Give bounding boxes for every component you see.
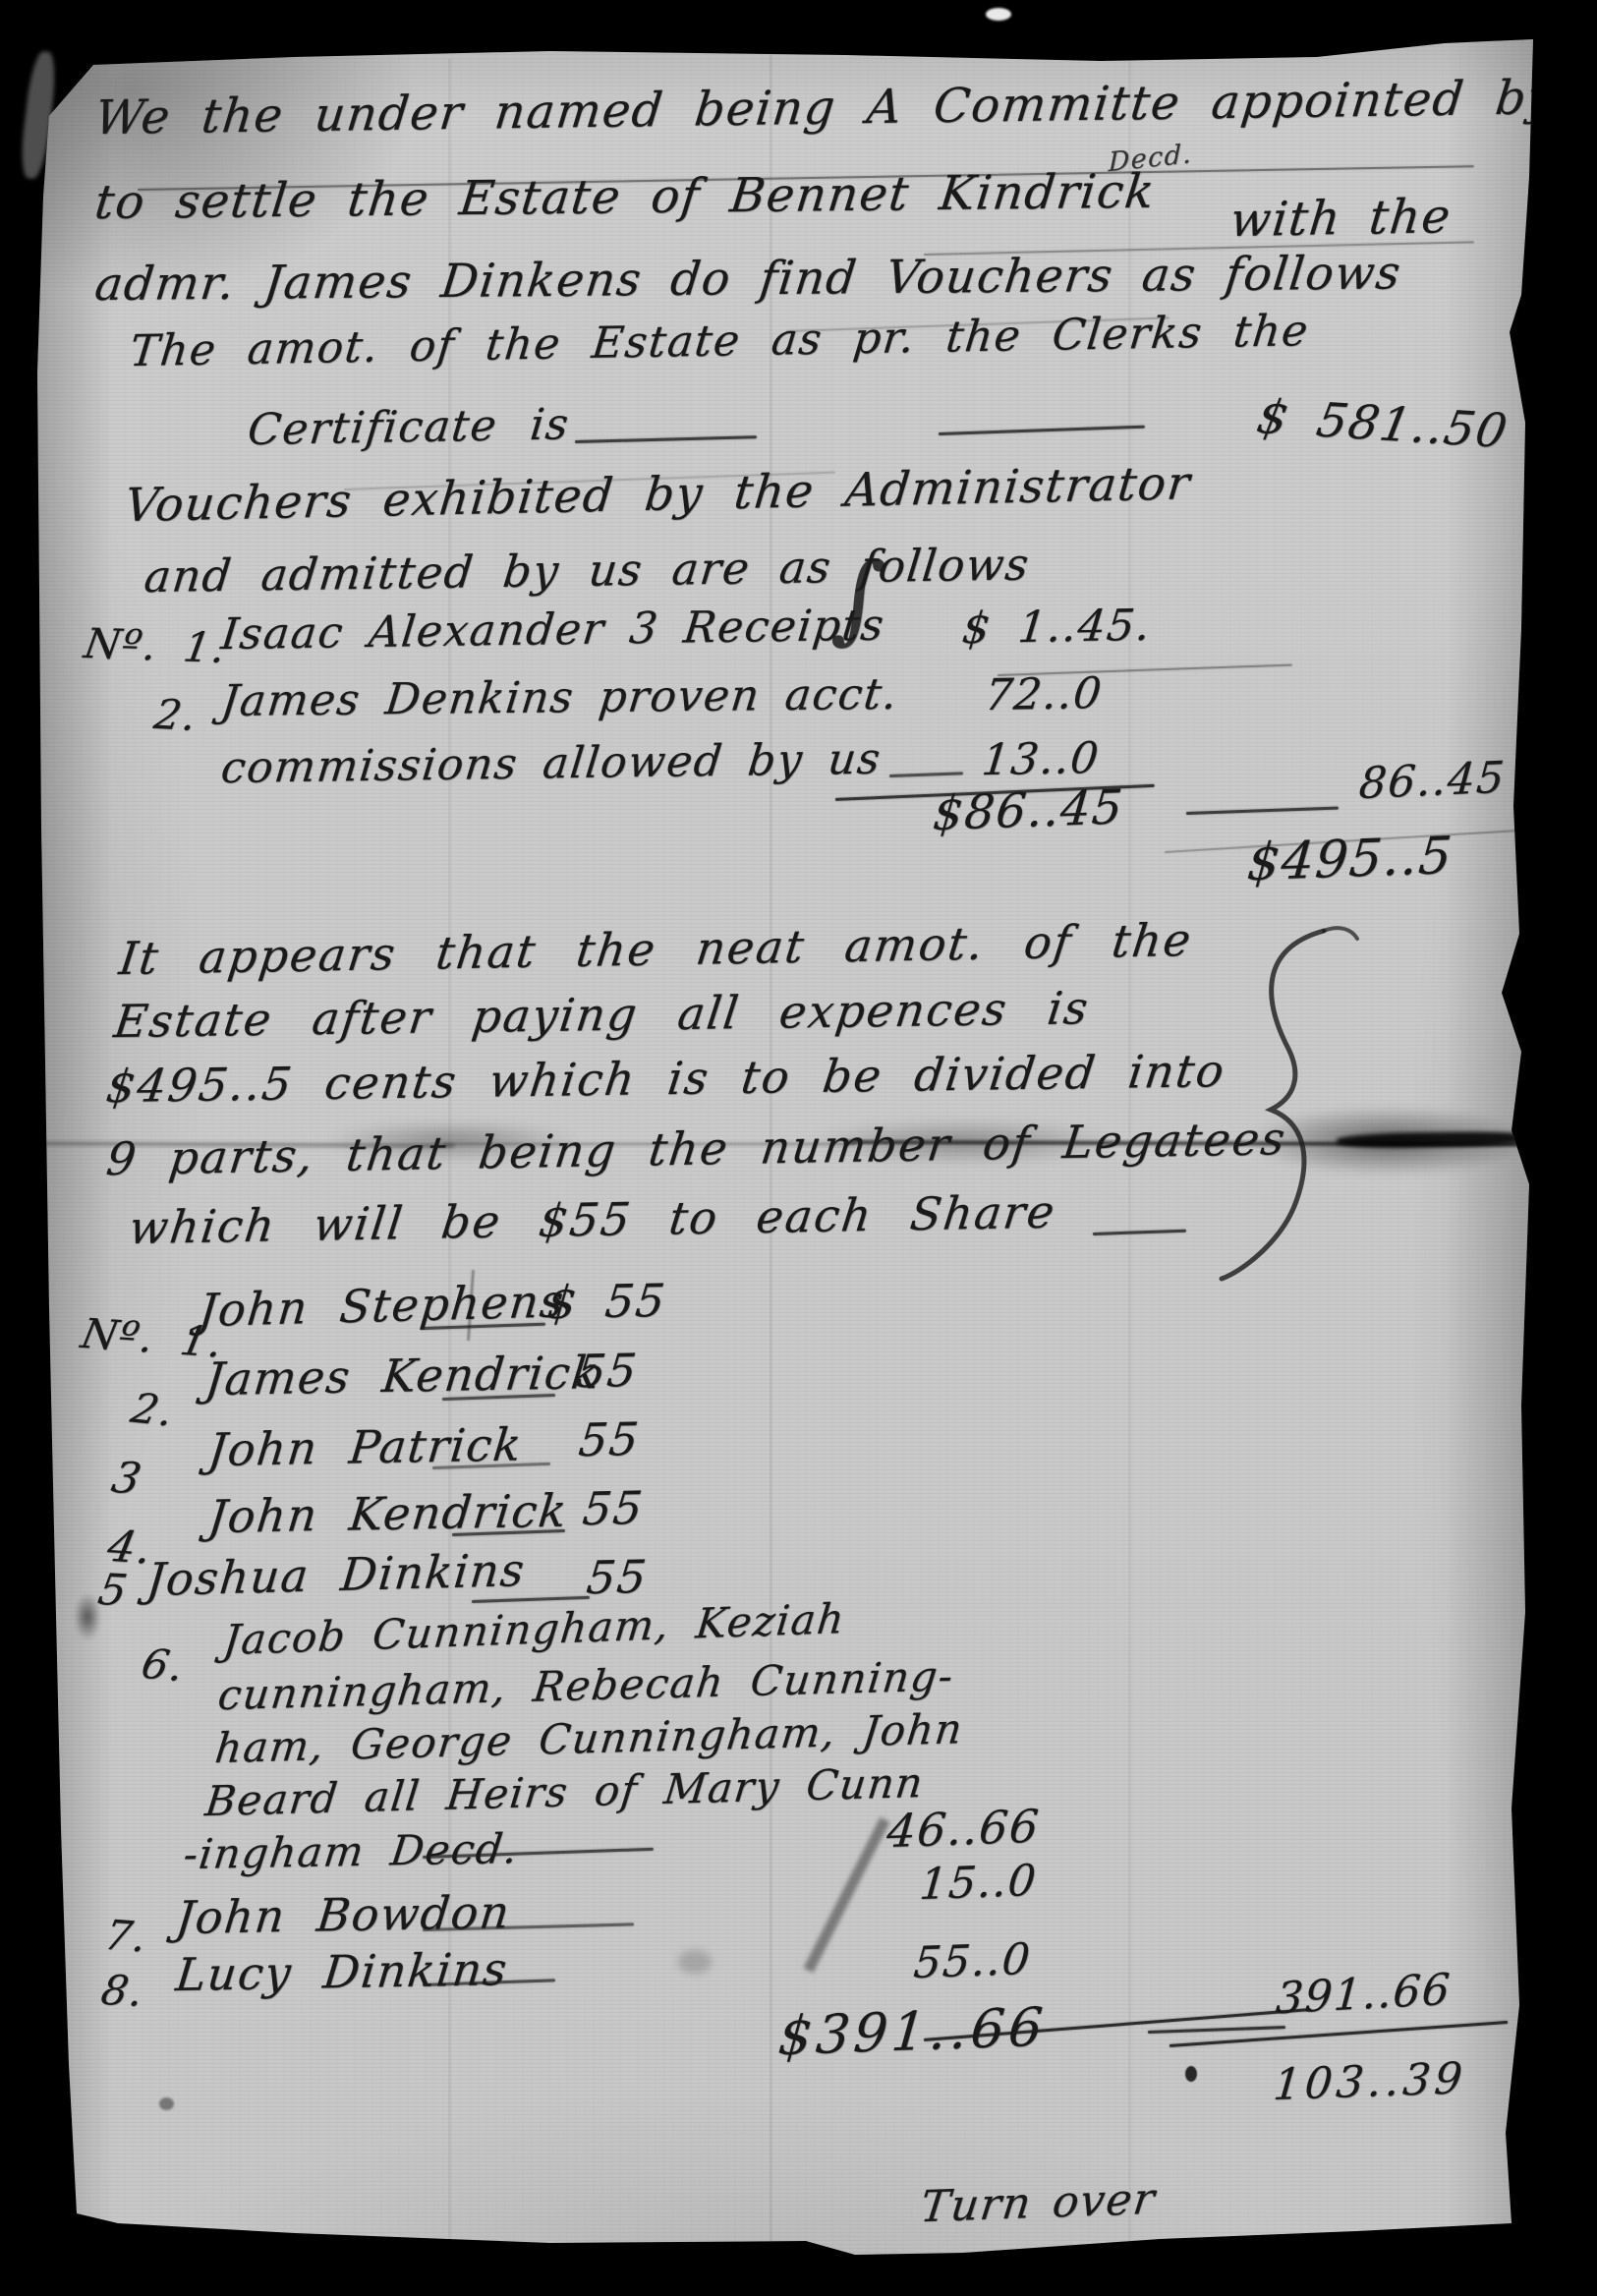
intro-line-2-end: with the [1227, 189, 1454, 248]
legatee-value: 55 [576, 1412, 642, 1466]
margin-total: 391..66 [1274, 1965, 1453, 2025]
legatee-no: 7. [101, 1911, 152, 1961]
legatee-value: 46..66 [884, 1800, 1042, 1859]
dash-line [1148, 2026, 1285, 2034]
legatee-value: 55 [574, 1344, 640, 1398]
dash-line [939, 426, 1145, 435]
dash-line [1093, 1230, 1186, 1235]
dash-line [889, 772, 963, 777]
vouchers-heading-1: Vouchers exhibited by the Administrator [122, 456, 1193, 533]
legatee-value: $ 55 [544, 1274, 668, 1329]
estate-line-2: Certificate is [246, 399, 572, 455]
legatee-no: 2. [127, 1384, 180, 1436]
vouchers-heading-2: and admitted by us are as follows [142, 538, 1032, 603]
intro-line-3: admr. James Dinkens do find Vouchers as … [92, 246, 1404, 312]
scanned-document: We the under named being A Committe appo… [0, 0, 1597, 2296]
legatee-name: John Stephens [197, 1274, 567, 1337]
turn-over-note: Turn over [918, 2174, 1159, 2233]
division-line-1: It appears that the neat amot. of the [116, 913, 1195, 985]
dash-line [575, 435, 757, 443]
division-line-4: 9 parts, that being the number of Legate… [103, 1112, 1289, 1185]
division-line-5: which will be $55 to each Share [126, 1185, 1058, 1255]
vouchers-margin-total: 86..45 [1357, 753, 1508, 810]
intro-line-1: We the under named being A Committe appo… [92, 68, 1597, 145]
legatee-value: 55 [580, 1481, 646, 1535]
left-edge-shadow [35, 39, 114, 2241]
paper-sheet: We the under named being A Committe appo… [0, 0, 1597, 2296]
division-line-3: $495..5 cents which is to be divided int… [103, 1044, 1228, 1113]
legatee6-line1: Jacob Cunningham, Keziah [221, 1594, 848, 1664]
dash-line [1186, 807, 1339, 815]
brace-mark [1214, 919, 1371, 1302]
legatee-value: 55 [584, 1550, 650, 1604]
voucher-item-value: 72..0 [983, 668, 1106, 720]
voucher-item-desc: James Denkins proven acct. [218, 669, 900, 726]
smudge [678, 1950, 712, 1974]
legatee-name: John Kendrick [205, 1484, 570, 1543]
voucher-item-value: 13..0 [980, 733, 1103, 785]
legatee-name: John Bowdon [173, 1885, 513, 1944]
voucher-item-desc: commissions allowed by us [218, 734, 884, 793]
legatee-name: Lucy Dinkins [173, 1942, 510, 2001]
legatee-no: 6. [138, 1639, 190, 1691]
estate-line-1: The amot. of the Estate as pr. the Clerk… [128, 306, 1312, 376]
legatee-no: 8. [97, 1966, 148, 2016]
voucher-item-value: $ 1..45. [960, 601, 1154, 654]
legatee-value: 55..0 [912, 1934, 1034, 1988]
voucher-item-no: 2. [150, 690, 201, 740]
ink-spot [159, 2097, 174, 2110]
legatee-value: 15..0 [918, 1856, 1040, 1910]
legatee-name: Joshua Dinkins [144, 1543, 528, 1606]
ink-dot [1185, 2066, 1197, 2082]
margin-balance: 103..39 [1272, 2053, 1468, 2110]
graphite-smudge [804, 1817, 890, 1973]
division-line-2: Estate after paying all expences is [111, 981, 1093, 1048]
scan-speck [986, 8, 1011, 21]
voucher-item-no: Nº. 1. [81, 619, 230, 672]
voucher-item-desc: Isaac Alexander 3 Receipts [218, 601, 886, 660]
legatee6-line5: -ingham Decd. [181, 1824, 522, 1878]
